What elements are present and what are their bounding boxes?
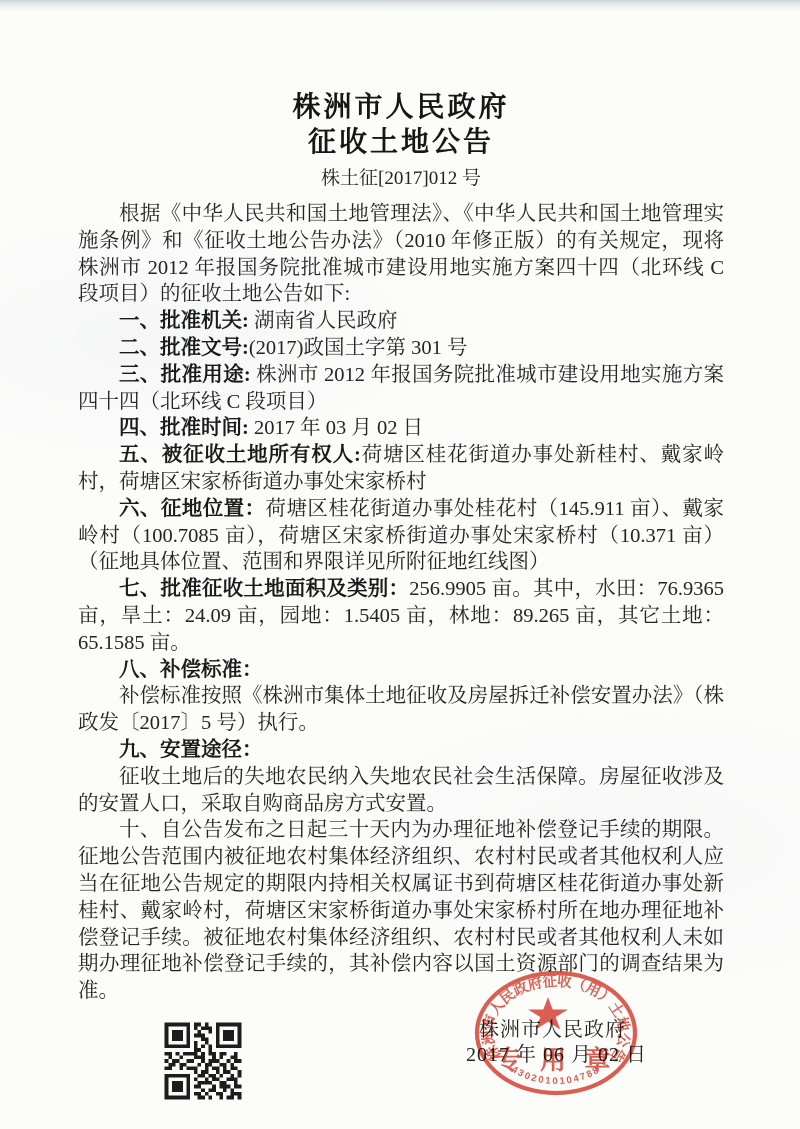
notice-item-8-body: 补偿标准按照《株洲市集体土地征收及房屋拆迁补偿安置办法》（株政发〔2017〕5 … <box>78 683 724 737</box>
notice-item-9-body: 征收土地后的失地农民纳入失地农民社会生活保障。房屋征收涉及的安置人口，采取自购商… <box>78 764 724 818</box>
item-1-text: 湖南省人民政府 <box>249 310 398 332</box>
document-page: 株洲市人民政府 征收土地公告 株土征[2017]012 号 根据《中华人民共和国… <box>0 0 800 1129</box>
notice-item-8-heading: 八、补偿标准： <box>78 657 724 684</box>
seal-star-icon <box>528 997 568 1029</box>
qr-code <box>161 1019 245 1103</box>
doc-number: 株土征[2017]012 号 <box>78 167 724 191</box>
notice-item-6: 六、征地位置：荷塘区桂花街道办事处桂花村（145.911 亩）、戴家岭村（100… <box>78 496 724 576</box>
notice-title-line2: 征收土地公告 <box>78 125 724 160</box>
item-3-label: 三、批准用途: <box>119 364 251 386</box>
notice-item-5: 五、被征收土地所有权人:荷塘区桂花街道办事处新桂村、戴家岭村，荷塘区宋家桥街道办… <box>78 442 724 496</box>
item-2-label: 二、批准文号: <box>119 337 249 359</box>
item-7-label: 七、批准征收土地面积及类别： <box>119 578 409 600</box>
official-seal: 株洲市人民政府征收（用）土地公告 专 用 章 4302010104788 <box>452 949 660 1117</box>
seal-ring <box>477 973 635 1093</box>
notice-title-line1: 株洲市人民政府 <box>78 90 724 125</box>
item-2-text: (2017)政国土字第 301 号 <box>249 337 468 359</box>
notice-item-2: 二、批准文号:(2017)政国土字第 301 号 <box>78 335 724 362</box>
notice-item-3: 三、批准用途: 株洲市 2012 年报国务院批准城市建设用地实施方案四十四（北环… <box>78 362 724 416</box>
notice-item-9-heading: 九、安置途径： <box>78 737 724 764</box>
item-1-label: 一、批准机关: <box>119 310 249 332</box>
item-8-label: 八、补偿标准： <box>119 659 263 681</box>
notice-item-4: 四、批准时间: 2017 年 03 月 02 日 <box>78 415 724 442</box>
notice-body: 株洲市人民政府 征收土地公告 株土征[2017]012 号 根据《中华人民共和国… <box>78 90 724 1005</box>
item-11-text: 征收土地后的失地农民纳入失地农民社会生活保障。房屋征收涉及的安置人口，采取自购商… <box>78 766 724 815</box>
intro-text: 根据《中华人民共和国土地管理法》、《中华人民共和国土地管理实施条例》和《征收土地… <box>78 203 724 305</box>
notice-item-1: 一、批准机关: 湖南省人民政府 <box>78 308 724 335</box>
intro-paragraph: 根据《中华人民共和国土地管理法》、《中华人民共和国土地管理实施条例》和《征收土地… <box>78 201 724 308</box>
item-6-label: 六、征地位置： <box>119 498 266 520</box>
notice-item-7: 七、批准征收土地面积及类别：256.9905 亩。其中，水田：76.9365 亩… <box>78 576 724 656</box>
scan-edge-shadow <box>0 0 800 11</box>
item-10-label: 九、安置途径： <box>119 739 263 761</box>
item-4-label: 四、批准时间: <box>119 417 249 439</box>
item-9-text: 补偿标准按照《株洲市集体土地征收及房屋拆迁补偿安置办法》（株政发〔2017〕5 … <box>78 685 724 734</box>
item-4-text: 2017 年 03 月 02 日 <box>249 417 423 439</box>
item-5-label: 五、被征收土地所有权人: <box>119 444 361 466</box>
